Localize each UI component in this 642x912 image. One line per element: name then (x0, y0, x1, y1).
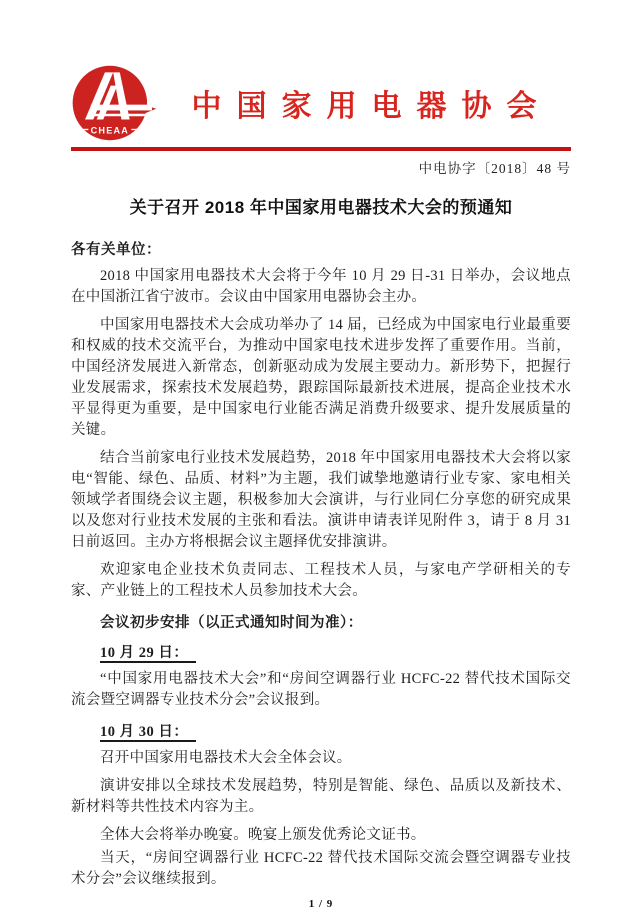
schedule-oct30-item-2: 演讲安排以全球技术发展趋势，特别是智能、绿色、品质以及新技术、新材料等共性技术内… (71, 776, 571, 818)
intro-paragraph-2: 中国家用电器技术大会成功举办了 14 届，已经成为中国家电行业最重要和权威的技术… (71, 315, 571, 441)
letterhead: CHEAA 中国家用电器协会 (71, 60, 571, 146)
logo-text: CHEAA (91, 126, 129, 136)
document-page: CHEAA 中国家用电器协会 中电协字〔2018〕48 号 关于召开 2018 … (0, 0, 642, 912)
schedule-date-oct30: 10 月 30 日： (71, 720, 571, 741)
document-title: 关于召开 2018 年中国家用电器技术大会的预通知 (71, 193, 571, 218)
cheaa-logo-icon: CHEAA (71, 60, 157, 146)
doc-number: 中电协字〔2018〕48 号 (71, 157, 571, 177)
org-title: 中国家用电器协会 (157, 81, 571, 125)
schedule-oct30-item-3: 全体大会将举办晚宴。晚宴上颁发优秀论文证书。 (71, 825, 571, 846)
schedule-date-oct29-label: 10 月 29 日： (100, 645, 196, 663)
intro-paragraph-1: 2018 中国家用电器技术大会将于今年 10 月 29 日-31 日举办，会议地… (71, 266, 571, 308)
schedule-date-oct29: 10 月 29 日： (71, 641, 571, 662)
schedule-heading: 会议初步安排（以正式通知时间为准）： (71, 611, 571, 632)
schedule-oct29-item-1: “中国家用电器技术大会”和“房间空调器行业 HCFC-22 替代技术国际交流会暨… (71, 669, 571, 711)
page-number: 1 / 9 (71, 898, 571, 910)
salutation: 各有关单位： (71, 238, 571, 259)
schedule-oct30-item-1: 召开中国家用电器技术大会全体会议。 (71, 748, 571, 769)
schedule-date-oct30-label: 10 月 30 日： (100, 724, 196, 742)
schedule-oct30-item-4: 当天，“房间空调器行业 HCFC-22 替代技术国际交流会暨空调器专业技术分会”… (71, 848, 571, 890)
letterhead-divider (71, 147, 571, 151)
intro-paragraph-4: 欢迎家电企业技术负责同志、工程技术人员，与家电产学研相关的专家、产业链上的工程技… (71, 560, 571, 602)
intro-paragraph-3: 结合当前家电行业技术发展趋势，2018 年中国家用电器技术大会将以家电“智能、绿… (71, 448, 571, 553)
